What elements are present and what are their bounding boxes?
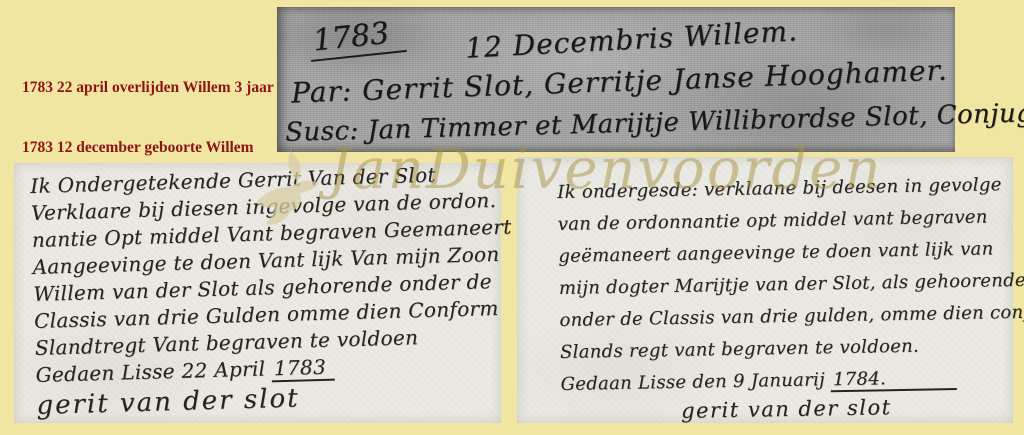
- register-entry-line: 12 Decembris Willem.: [464, 14, 798, 64]
- register-parents-line: Par: Gerrit Slot, Gerritje Janse Hoogham…: [291, 54, 949, 110]
- dateline-text: Gedaan Lisse den 9 Januarij: [560, 369, 831, 395]
- burial-declaration-marijtje-scan: Ik ondergesde: verklaane bij deesen in g…: [517, 157, 1013, 423]
- genealogy-collage-page: 1783 22 april overlijden Willem 3 jaar 1…: [0, 0, 1024, 435]
- signature-gerit-van-der-slot: gerit van der slot: [681, 388, 1024, 427]
- declaration-willem-text: Ik Ondergetekende Gerrit Van der Slot Ve…: [30, 160, 517, 420]
- dateline-text: Gedaen Lisse 22 April: [35, 356, 272, 387]
- burial-declaration-willem-scan: Ik Ondergetekende Gerrit Van der Slot Ve…: [14, 163, 501, 423]
- register-year: 1783: [307, 14, 407, 62]
- baptism-register-scan: 1783 12 Decembris Willem. Par: Gerrit Sl…: [277, 7, 955, 152]
- annotation-line-willem-death: 1783 22 april overlijden Willem 3 jaar: [22, 78, 299, 98]
- dateline-year: 1784.: [831, 367, 956, 392]
- annotation-line-willem-birth: 1783 12 december geboorte Willem: [22, 138, 299, 158]
- declaration-marijtje-text: Ik ondergesde: verklaane bij deesen in g…: [557, 168, 1024, 429]
- dateline-year: 1783: [272, 355, 335, 383]
